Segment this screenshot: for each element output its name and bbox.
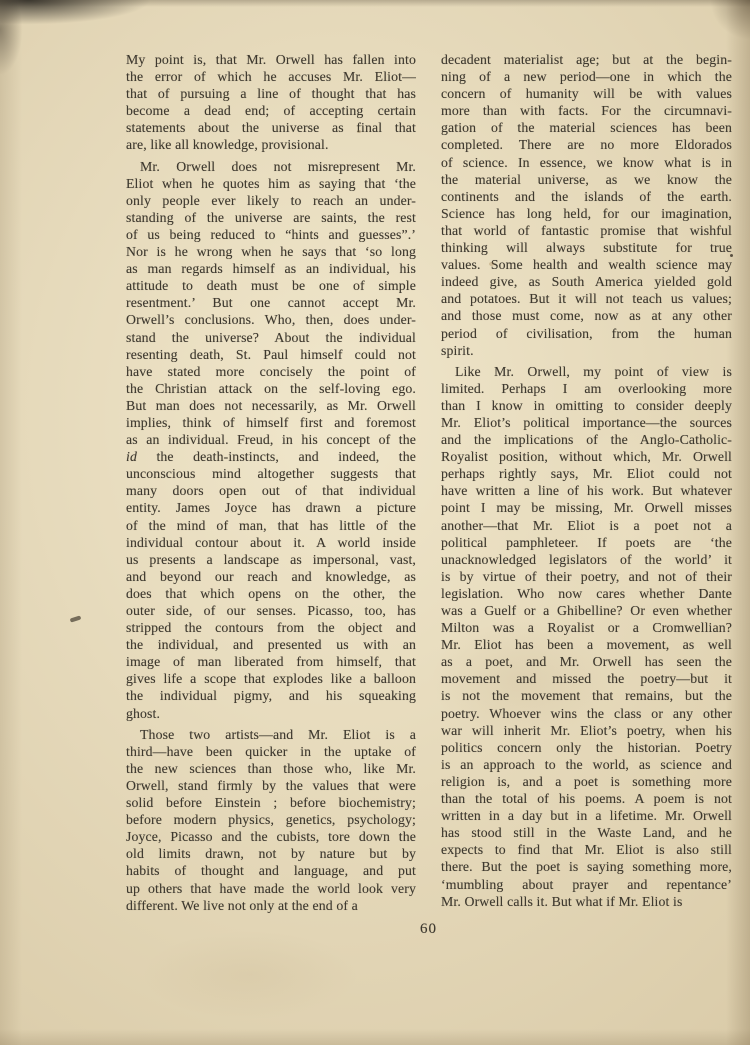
text-line: of the mind of man, that has little of t…	[126, 517, 416, 534]
text-line: standing of the universe are saints, the…	[126, 209, 416, 226]
text-line: and beyond our reach and knowledge, as	[126, 568, 416, 585]
text-line: Mr. Orwell does not misrepresent Mr.	[126, 158, 416, 175]
text-line: religion is, and a poet is something mor…	[441, 773, 732, 790]
text-line: old limits drawn, not by nature but by	[126, 845, 416, 862]
text-line: Orwell, stand firmly by the values that …	[126, 777, 416, 794]
text-line: as man regards himself as an individual,…	[126, 260, 416, 277]
text-line: My point is, that Mr. Orwell has fallen …	[126, 51, 416, 68]
text-line: Science has long held, for our imaginati…	[441, 205, 732, 222]
text-line: individual contour about it. A world ins…	[126, 534, 416, 551]
text-line: stand the universe? About the individual	[126, 329, 416, 346]
text-line: the Christian attack on the self-loving …	[126, 380, 416, 397]
paragraph: decadent materialist age; but at the beg…	[441, 51, 732, 359]
text-line: another—that Mr. Eliot is a poet not a	[441, 517, 732, 534]
text-line: that of pursuing a line of thought that …	[126, 85, 416, 102]
text-line: poetry. Whoever wins the class or any ot…	[441, 705, 732, 722]
text-line: more than with facts. For the circumnavi…	[441, 102, 732, 119]
text-line: only people ever likely to reach an unde…	[126, 192, 416, 209]
paragraph: Mr. Orwell does not misrepresent Mr.Elio…	[126, 158, 416, 722]
text-line: Mr. Eliot has been a movement, as well	[441, 636, 732, 653]
text-line: legislation. Who now cares whether Dante	[441, 585, 732, 602]
paragraph: Like Mr. Orwell, my point of view islimi…	[441, 363, 732, 910]
text-line: image of man liberated from himself, tha…	[126, 653, 416, 670]
text-column-left: My point is, that Mr. Orwell has fallen …	[126, 51, 416, 914]
text-line: than the total of his poems. A poem is n…	[441, 790, 732, 807]
text-line: as a poet, and Mr. Orwell has seen the	[441, 653, 732, 670]
text-line: us presents a landscape as impersonal, v…	[126, 551, 416, 568]
text-line: point I may be missing, Mr. Orwell misse…	[441, 499, 732, 516]
text-line: of us being reduced to “hints and guesse…	[126, 226, 416, 243]
text-line: political pamphleteer. If poets are ‘the	[441, 534, 732, 551]
text-line: up others that have made the world look …	[126, 880, 416, 897]
book-page-scan: My point is, that Mr. Orwell has fallen …	[0, 0, 750, 1045]
text-line: the material universe, as we know the	[441, 171, 732, 188]
text-line: id the death-instincts, and indeed, the	[126, 448, 416, 465]
text-line: than I know in omitting to consider deep…	[441, 397, 732, 414]
text-line: Eliot when he quotes him as saying that …	[126, 175, 416, 192]
text-line: stripped the contours from the object an…	[126, 619, 416, 636]
text-column-right: decadent materialist age; but at the beg…	[441, 51, 732, 910]
text-line: limited. Perhaps I am overlooking more	[441, 380, 732, 397]
text-line: is by virtue of their poetry, and not of…	[441, 568, 732, 585]
text-line: habits of thought and language, and put	[126, 862, 416, 879]
text-line: have stated more concisely the point of	[126, 363, 416, 380]
text-line: the individual, and presented us with an	[126, 636, 416, 653]
text-line: is an approach to the world, as science …	[441, 756, 732, 773]
text-line: have written a line of his work. But wha…	[441, 482, 732, 499]
text-line: ‘mumbling about prayer and repentance’	[441, 876, 732, 893]
text-line: that world of fantastic promise that wis…	[441, 222, 732, 239]
text-line: spirit.	[441, 342, 732, 359]
text-line: and those must come, now as at any other	[441, 307, 732, 324]
text-line: entity. James Joyce has drawn a picture	[126, 499, 416, 516]
text-line: has stood still in the Waste Land, and h…	[441, 824, 732, 841]
text-line: concern of humanity will be with values	[441, 85, 732, 102]
text-line: attitude to death must be one of simple	[126, 277, 416, 294]
pen-mark-speck	[70, 615, 82, 622]
text-line: Mr. Orwell calls it. But what if Mr. Eli…	[441, 893, 732, 910]
text-line: statements about the universe as final t…	[126, 119, 416, 136]
text-line: implies, think of himself first and fore…	[126, 414, 416, 431]
text-line: many doors open out of that individual	[126, 482, 416, 499]
text-line: But man does not necessarily, as Mr. Orw…	[126, 397, 416, 414]
text-line: Mr. Eliot’s political importance—the sou…	[441, 414, 732, 431]
text-line: expects to find that Mr. Eliot is also s…	[441, 841, 732, 858]
text-line: values. Some health and wealth science m…	[441, 256, 732, 273]
paragraph: My point is, that Mr. Orwell has fallen …	[126, 51, 416, 154]
text-line: resenting death, St. Paul himself could …	[126, 346, 416, 363]
text-line: become a dead end; of accepting certain	[126, 102, 416, 119]
text-line: unacknowledged legislators of the world’…	[441, 551, 732, 568]
text-line: written in a day but in a lifetime. Mr. …	[441, 807, 732, 824]
text-line: third—have been quicker in the uptake of	[126, 743, 416, 760]
text-line: there. But the poet is saying something …	[441, 858, 732, 875]
text-line: solid before Einstein ; before biochemis…	[126, 794, 416, 811]
text-line: was a Guelf or a Ghibelline? Or even whe…	[441, 602, 732, 619]
text-line: outer side, of our senses. Picasso, too,…	[126, 602, 416, 619]
text-line: continents and the islands of the earth.	[441, 188, 732, 205]
text-line: politics concern only the historian. Poe…	[441, 739, 732, 756]
text-line: Milton was a Royalist or a Cromwellian?	[441, 619, 732, 636]
text-line: Joyce, Picasso and the cubists, tore dow…	[126, 828, 416, 845]
text-line: the new sciences than those who, like Mr…	[126, 760, 416, 777]
text-line: decadent materialist age; but at the beg…	[441, 51, 732, 68]
text-line: the error of which he accuses Mr. Eliot—	[126, 68, 416, 85]
text-line: war will inherit Mr. Eliot’s poetry, whe…	[441, 722, 732, 739]
text-line: and potatoes. But it will not teach us v…	[441, 290, 732, 307]
text-line: period of civilisation, from the human	[441, 325, 732, 342]
text-line: are, like all knowledge, provisional.	[126, 136, 416, 153]
text-line: thinking will always substitute for true	[441, 239, 732, 256]
text-line: does that which opens on the other, the	[126, 585, 416, 602]
text-line: ning of a new period—one in which the	[441, 68, 732, 85]
text-line: indeed give, as South America yielded go…	[441, 273, 732, 290]
text-line: Orwell’s conclusions. Who, then, does un…	[126, 311, 416, 328]
text-line: Royalist position, without which, Mr. Or…	[441, 448, 732, 465]
text-line: of science. In essence, we know what is …	[441, 154, 732, 171]
text-line: ghost.	[126, 705, 416, 722]
paragraph: Those two artists—and Mr. Eliot is athir…	[126, 726, 416, 914]
text-line: unconscious mind altogether suggests tha…	[126, 465, 416, 482]
text-line: and the implications of the Anglo-Cathol…	[441, 431, 732, 448]
text-line: Nor is he wrong when he says that ‘so lo…	[126, 243, 416, 260]
text-line: before modern physics, genetics, psychol…	[126, 811, 416, 828]
text-line: completed. There are no more Eldorados	[441, 136, 732, 153]
text-line: movement and missed the poetry—but it	[441, 670, 732, 687]
text-line: different. We live not only at the end o…	[126, 897, 416, 914]
text-line: gation of the material sciences has been	[441, 119, 732, 136]
page-number: 60	[391, 921, 466, 938]
text-line: gives life a scope that explodes like a …	[126, 670, 416, 687]
text-line: resentment.’ But one cannot accept Mr.	[126, 294, 416, 311]
text-line: as an individual. Freud, in his concept …	[126, 431, 416, 448]
paper-stain	[140, 930, 360, 1020]
text-line: Like Mr. Orwell, my point of view is	[441, 363, 732, 380]
text-line: is not the movement that remains, but th…	[441, 687, 732, 704]
text-line: Those two artists—and Mr. Eliot is a	[126, 726, 416, 743]
text-line: perhaps rightly says, Mr. Eliot could no…	[441, 465, 732, 482]
text-line: the individual pigmy, and his squeaking	[126, 687, 416, 704]
